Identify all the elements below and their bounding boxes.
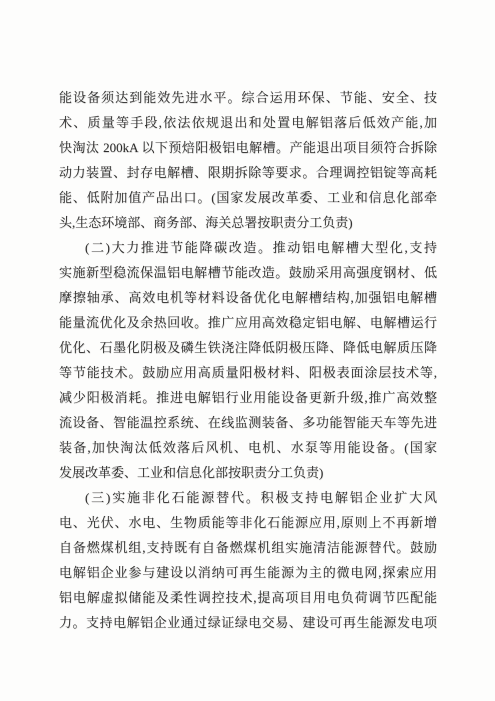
text-line: 力。支持电解铝企业通过绿证绿电交易、建设可再生能源发电项 <box>59 610 437 635</box>
text-line: 能量流优化及余热回收。推广应用高效稳定铝电解、电解槽运行 <box>59 310 437 335</box>
text-line: 摩擦轴承、高效电机等材料设备优化电解槽结构,加强铝电解槽 <box>59 285 437 310</box>
text-line: 能设备须达到能效先进水平。综合运用环保、节能、安全、技 <box>59 85 437 110</box>
text-line: 优化、石墨化阴极及磷生铁浇注降低阴极压降、降低电解质压降 <box>59 335 437 360</box>
text-line: 装备,加快淘汰低效落后风机、电机、水泵等用能设备。(国家 <box>59 435 437 460</box>
text-line: 发展改革委、工业和信息化部按职责分工负责) <box>59 460 437 485</box>
text-line: 能、低附加值产品出口。(国家发展改革委、工业和信息化部牵 <box>59 185 437 210</box>
text-line: 流设备、智能温控系统、在线监测装备、多功能智能天车等先进 <box>59 410 437 435</box>
text-line: 自备燃煤机组,支持既有自备燃煤机组实施清洁能源替代。鼓励 <box>59 535 437 560</box>
text-line: 等节能技术。鼓励应用高质量阳极材料、阳极表面涂层技术等, <box>59 360 437 385</box>
text-line: 实施新型稳流保温铝电解槽节能改造。鼓励采用高强度钢材、低 <box>59 260 437 285</box>
text-line: 铝电解虚拟储能及柔性调控技术,提高项目用电负荷调节匹配能 <box>59 585 437 610</box>
document-body: 能设备须达到能效先进水平。综合运用环保、节能、安全、技术、质量等手段,依法依规退… <box>59 85 437 635</box>
document-page: 能设备须达到能效先进水平。综合运用环保、节能、安全、技术、质量等手段,依法依规退… <box>0 0 495 701</box>
text-line: 头,生态环境部、商务部、海关总署按职责分工负责) <box>59 210 437 235</box>
text-line: 减少阳极消耗。推进电解铝行业用能设备更新升级,推广高效整 <box>59 385 437 410</box>
text-line: (二)大力推进节能降碳改造。推动铝电解槽大型化,支持 <box>59 235 437 260</box>
text-line: 电解铝企业参与建设以消纳可再生能源为主的微电网,探索应用 <box>59 560 437 585</box>
text-line: 动力装置、封存电解槽、限期拆除等要求。合理调控铝锭等高耗 <box>59 160 437 185</box>
text-line: 电、光伏、水电、生物质能等非化石能源应用,原则上不再新增 <box>59 510 437 535</box>
text-line: 术、质量等手段,依法依规退出和处置电解铝落后低效产能,加 <box>59 110 437 135</box>
text-line: 快淘汰 200kA 以下预焙阳极铝电解槽。产能退出项目须符合拆除 <box>59 135 437 160</box>
text-line: (三)实施非化石能源替代。积极支持电解铝企业扩大风 <box>59 485 437 510</box>
